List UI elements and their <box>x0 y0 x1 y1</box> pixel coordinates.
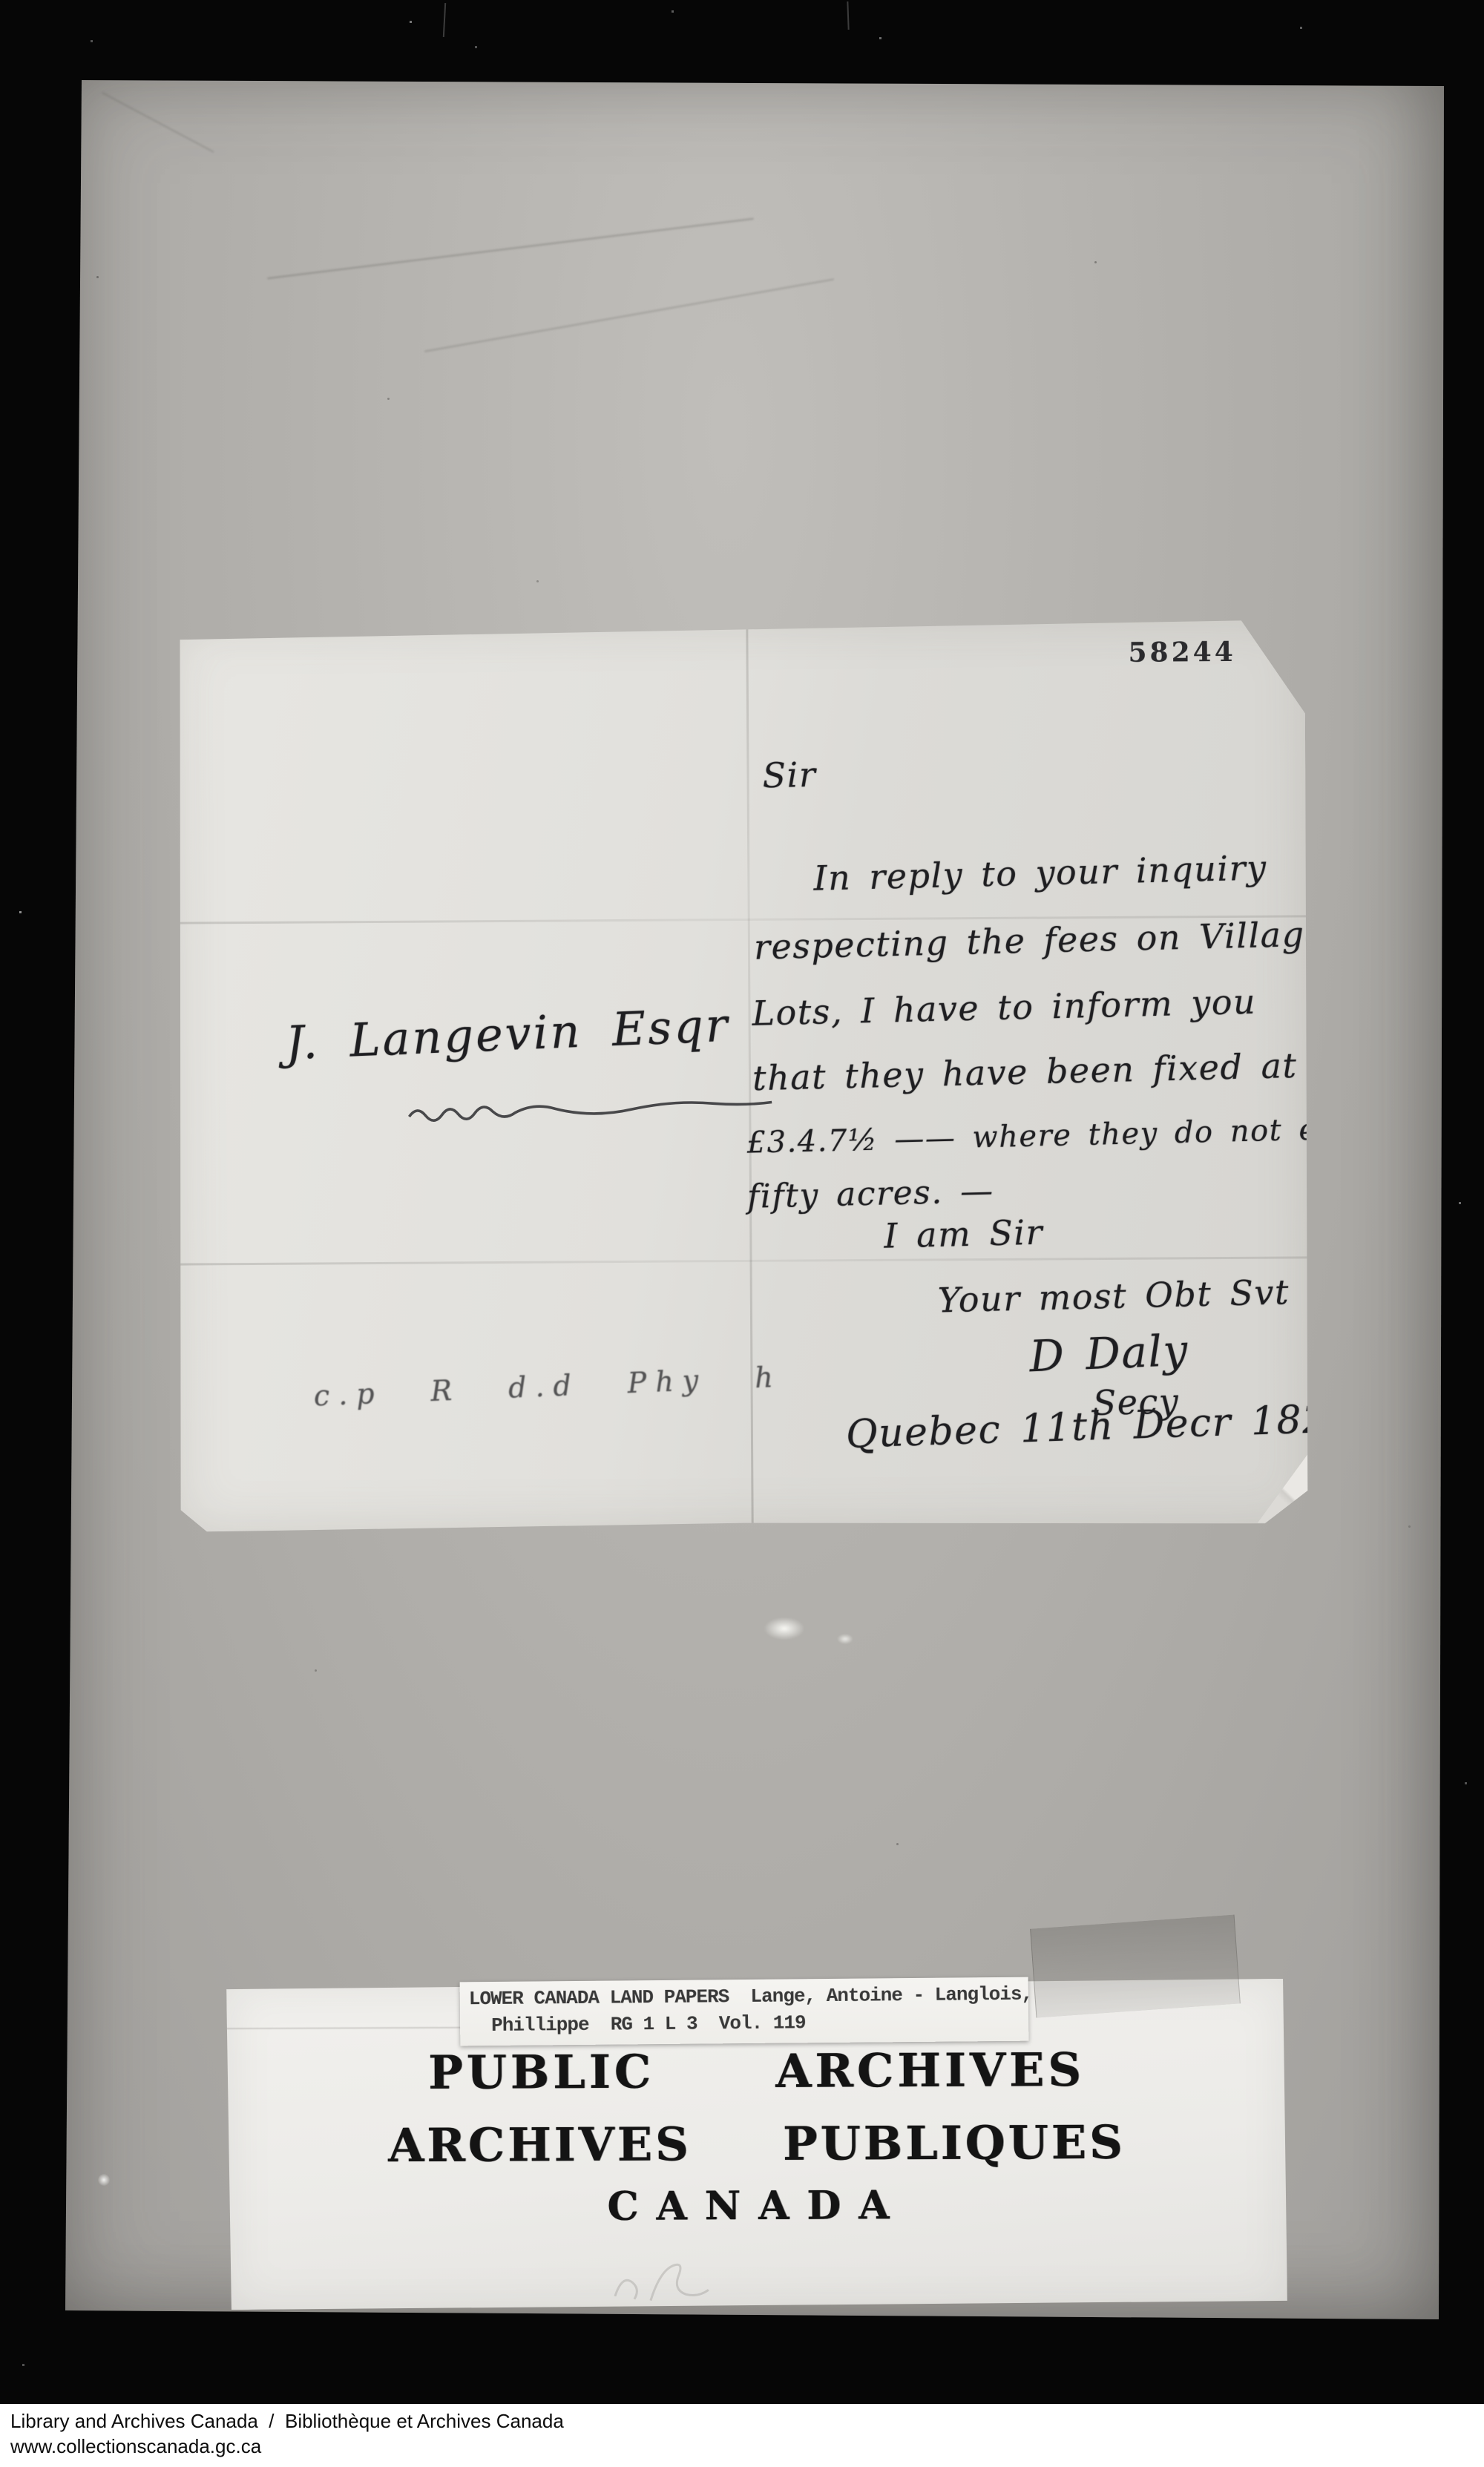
letter-sheet: 58244 Sir In reply to your inquiry respe… <box>173 618 1310 1531</box>
emulsion-smudge <box>837 1634 853 1644</box>
faint-pencil-scribble <box>606 2257 777 2307</box>
letter-body-line: fifty acres. — <box>746 1172 994 1216</box>
paper-crease <box>424 278 834 352</box>
archives-card-country: CANADA <box>227 2181 1287 2231</box>
microfilm-frame: 58244 Sir In reply to your inquiry respe… <box>0 0 1484 2467</box>
archive-stamp-number: 58244 <box>1128 637 1236 669</box>
emulsion-smudge <box>764 1617 804 1640</box>
lac-footer-title: Library and Archives Canada / Bibliothèq… <box>10 2410 564 2433</box>
letter-body-line: respecting the fees on Village <box>753 913 1326 967</box>
catalog-label-line1: LOWER CANADA LAND PAPERS Lange, Antoine … <box>469 1983 1033 2011</box>
letter-closing: I am Sir <box>884 1212 1044 1256</box>
dust-specks <box>65 70 68 72</box>
catalog-label-line2: Phillippe RG 1 L 3 Vol. 119 <box>491 2011 806 2037</box>
letter-closing: Your most Obt Svt <box>937 1272 1290 1320</box>
paper-crease <box>267 218 753 279</box>
emulsion-spot <box>98 2174 110 2186</box>
film-scratch <box>443 3 446 37</box>
adhesive-tape <box>1030 1915 1241 2018</box>
signature: D Daly <box>1028 1325 1189 1382</box>
paper-crease <box>102 92 214 153</box>
letter-body-line: In reply to your inquiry <box>813 847 1267 898</box>
catalog-label: LOWER CANADA LAND PAPERS Lange, Antoine … <box>460 1977 1029 2046</box>
lac-footer-url: www.collectionscanada.gc.ca <box>10 2435 261 2458</box>
archives-card-title-en: PUBLIC ARCHIVES <box>226 2042 1286 2100</box>
pencil-marginalia: c.p R d.d Phy h <box>313 1361 783 1413</box>
horizontal-fold-line <box>177 1256 1309 1265</box>
underline-flourish <box>404 1085 776 1129</box>
archives-card-title-fr: ARCHIVES PUBLIQUES <box>227 2115 1287 2173</box>
letter-body-line: that they have been fixed at <box>752 1045 1298 1098</box>
film-scratch <box>847 1 849 30</box>
letter-body-line: Lots, I have to inform you <box>752 982 1257 1034</box>
film-scratches <box>0 0 2 2</box>
addressee-name: J. Langevin Esqr <box>284 998 730 1070</box>
lac-footer: Library and Archives Canada / Bibliothèq… <box>0 2404 1484 2467</box>
letter-salutation: Sir <box>762 755 817 796</box>
letter-dateline: Quebec 11th Decr 1829 <box>845 1396 1354 1457</box>
